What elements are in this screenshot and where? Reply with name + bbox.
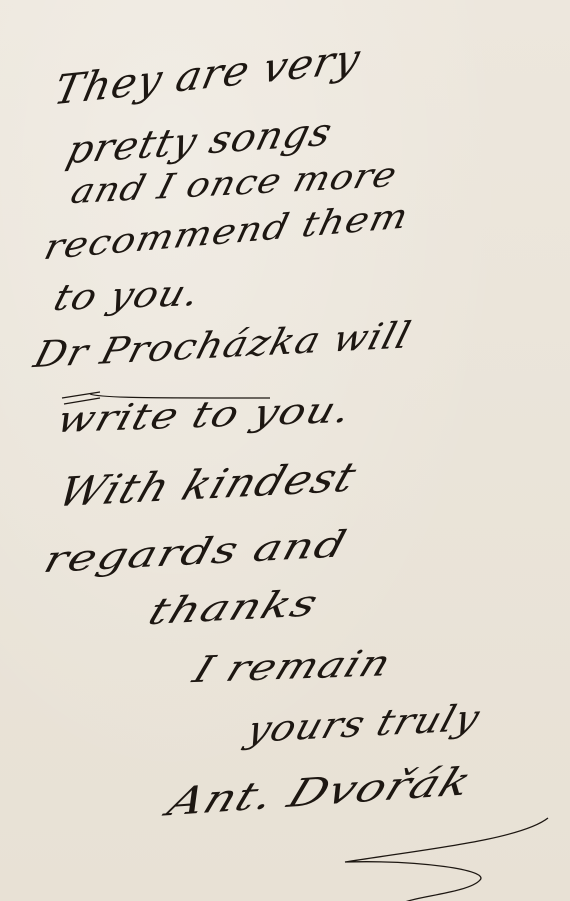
signature-flourish-icon — [0, 0, 570, 901]
letter-page: They are very pretty songs and I once mo… — [0, 0, 570, 901]
